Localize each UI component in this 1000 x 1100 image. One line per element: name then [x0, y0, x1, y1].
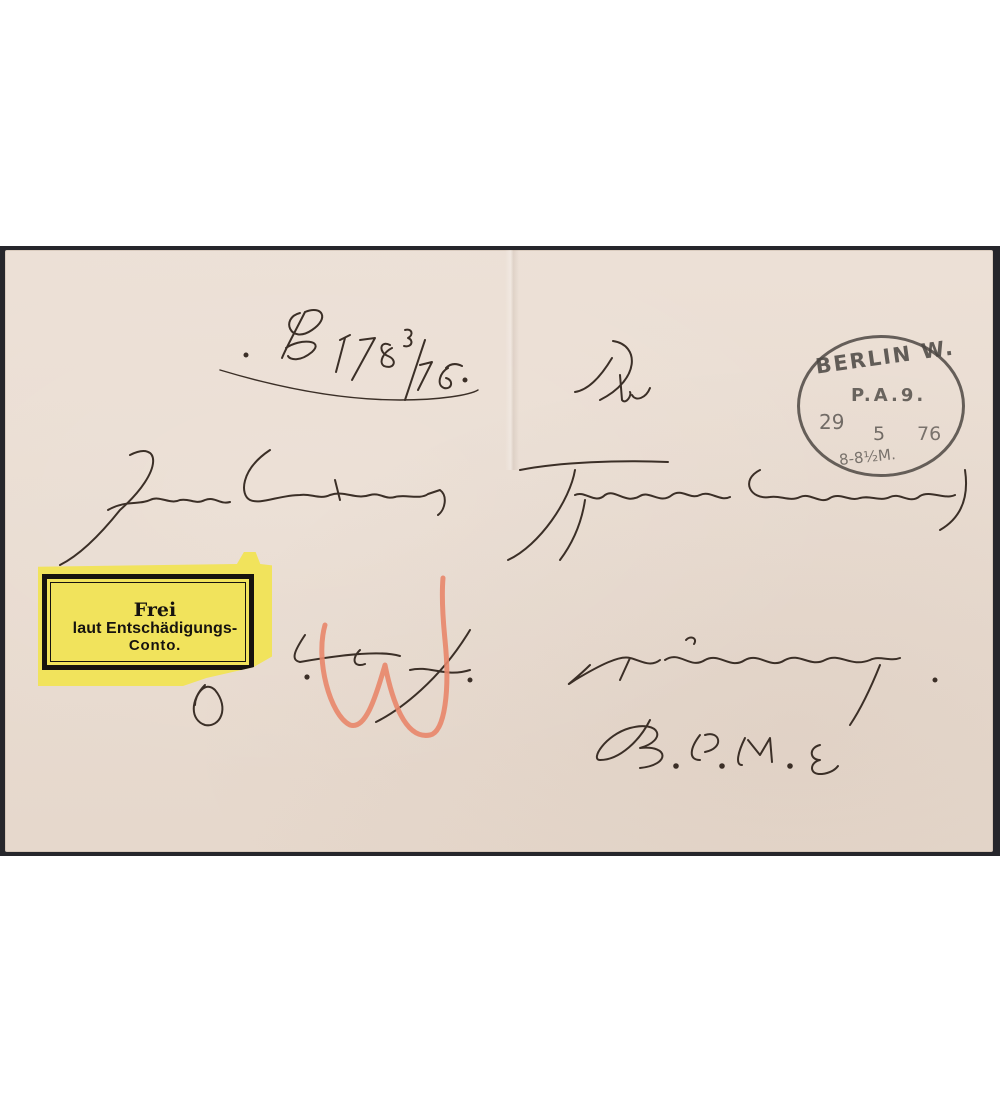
- label-line-1: laut Entschädigungs-: [73, 620, 238, 638]
- postmark-month: 5: [873, 423, 885, 445]
- railway-handwriting: [597, 720, 838, 774]
- label-line-2: Conto.: [129, 638, 181, 655]
- handwriting-layer: [0, 0, 1000, 1100]
- postmark: BERLIN W. P.A.9. 29 5 76 8-8½M.: [797, 335, 963, 475]
- initials-handwriting: [575, 341, 650, 401]
- postmark-office: P.A.9.: [851, 385, 926, 406]
- registry-number-handwriting: [220, 310, 478, 400]
- postmark-day: 29: [819, 410, 844, 434]
- label-title: Frei: [134, 600, 176, 621]
- destination-handwriting: [569, 637, 937, 725]
- postmark-year: 76: [917, 423, 941, 445]
- franking-label: Frei laut Entschädigungs- Conto.: [38, 552, 272, 686]
